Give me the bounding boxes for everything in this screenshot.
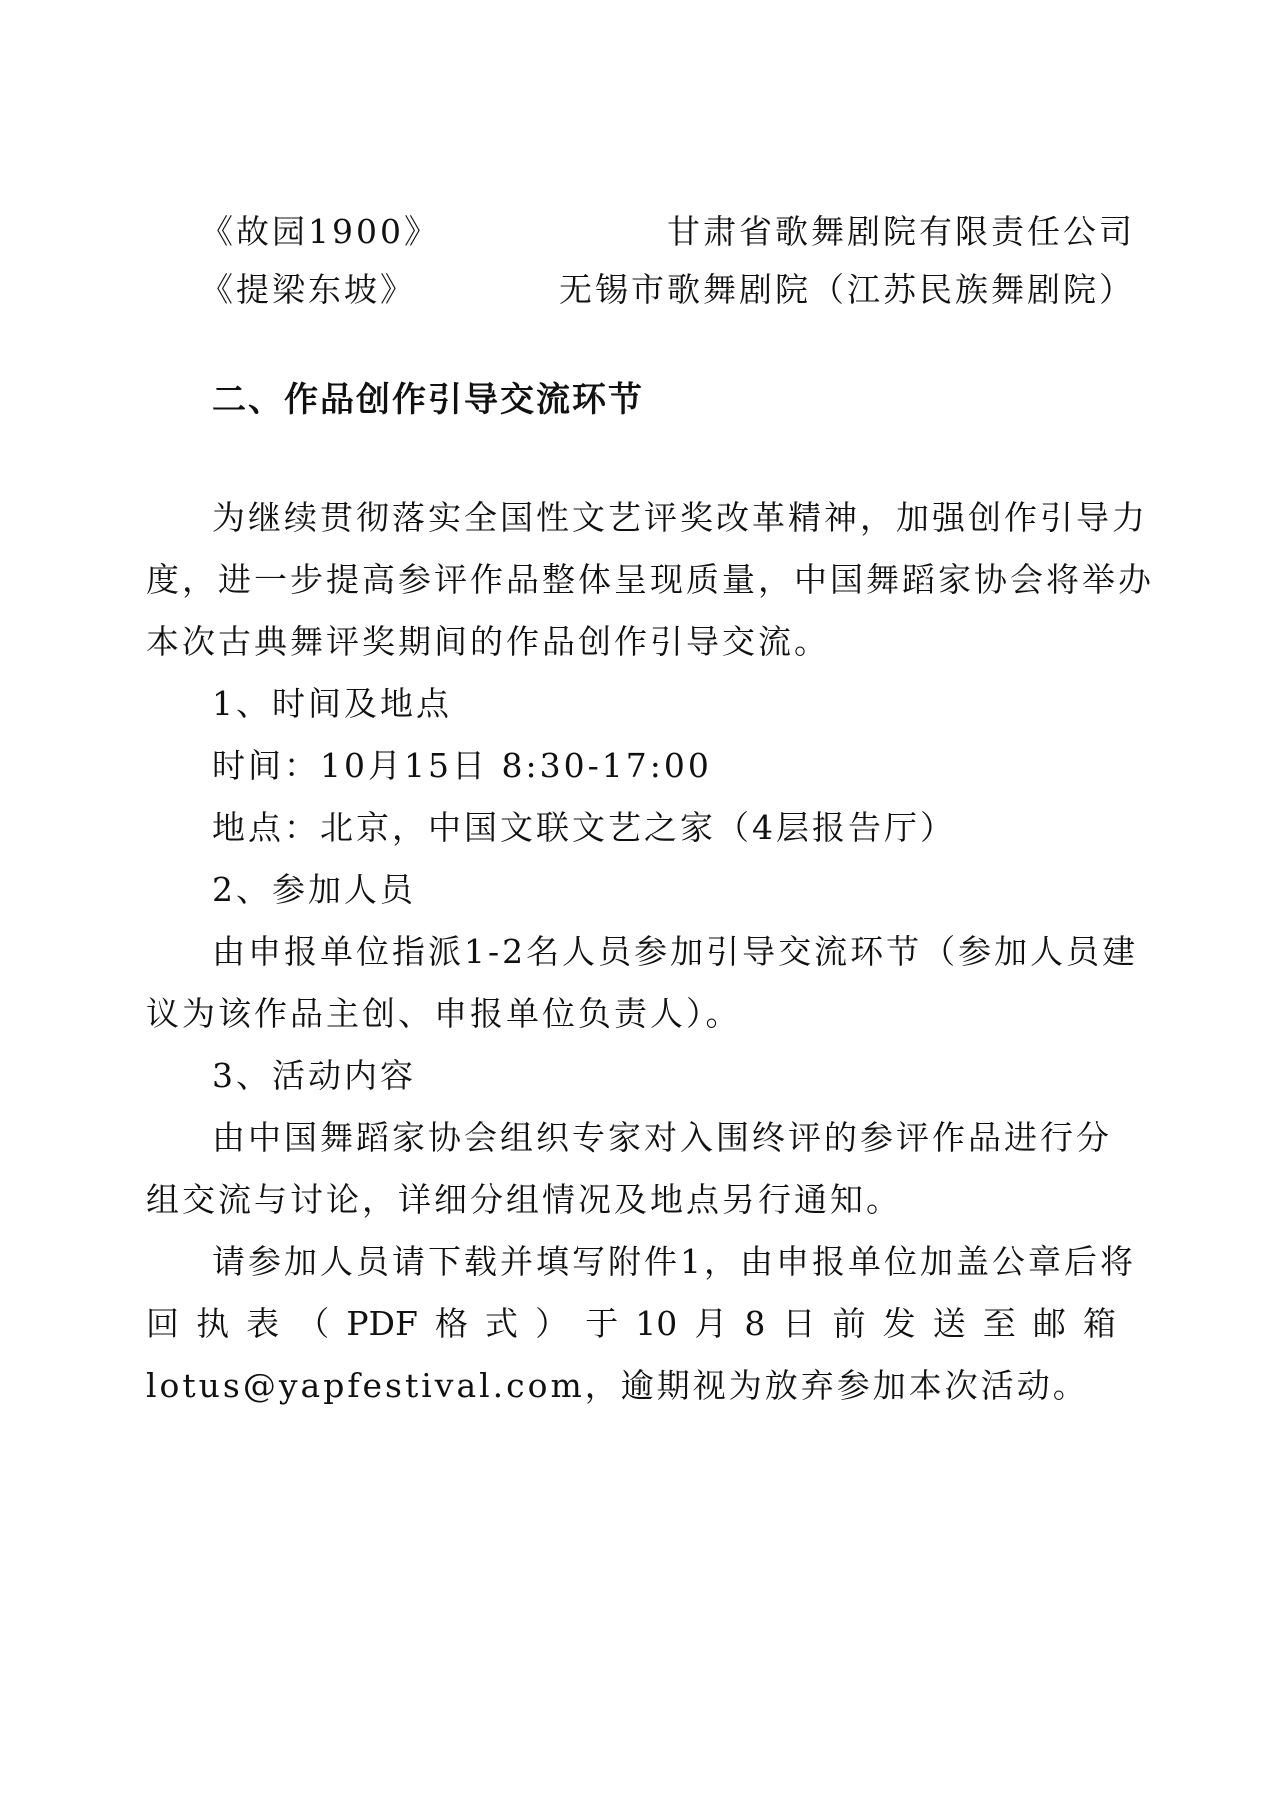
time-text: 时间：10月15日 8:30-17:00 [212, 746, 712, 786]
participants-line: 议为该作品主创、申报单位负责人）。 [146, 994, 742, 1034]
item-heading-activity: 3、活动内容 [212, 1056, 416, 1096]
activity-line: 组交流与讨论，详细分组情况及地点另行通知。 [146, 1180, 902, 1220]
intro-paragraph-line: 为继续贯彻落实全国性文艺评奖改革精神，加强创作引导力 [212, 498, 1148, 538]
item-heading-time-location: 1、时间及地点 [212, 684, 452, 724]
document-page: 《故园1900》 甘肃省歌舞剧院有限责任公司 《提梁东坡》 无锡市歌舞剧院（江苏… [0, 0, 1280, 1810]
participants-line: 由申报单位指派1-2名人员参加引导交流环节（参加人员建 [212, 932, 1138, 972]
intro-paragraph-line: 本次古典舞评奖期间的作品创作引导交流。 [146, 622, 830, 662]
item-heading-participants: 2、参加人员 [212, 870, 416, 910]
closing-line-justified: 回 执 表 （ PDF 格 式 ） 于 10 月 8 日 前 发 送 至 邮 箱 [146, 1304, 1116, 1344]
work-title: 《提梁东坡》 [200, 270, 416, 310]
section-heading: 二、作品创作引导交流环节 [212, 380, 644, 420]
work-title: 《故园1900》 [200, 212, 440, 252]
closing-line-email: lotus@yapfestival.com，逾期视为放弃参加本次活动。 [146, 1366, 1089, 1406]
intro-paragraph-line: 度，进一步提高参评作品整体呈现质量，中国舞蹈家协会将举办 [146, 560, 1154, 600]
closing-line: 请参加人员请下载并填写附件1，由申报单位加盖公章后将 [212, 1242, 1136, 1282]
work-organization: 甘肃省歌舞剧院有限责任公司 [667, 212, 1135, 252]
activity-line: 由中国舞蹈家协会组织专家对入围终评的参评作品进行分 [212, 1118, 1112, 1158]
work-organization: 无锡市歌舞剧院（江苏民族舞剧院） [559, 270, 1135, 310]
location-text: 地点：北京，中国文联文艺之家（4层报告厅） [212, 808, 956, 848]
